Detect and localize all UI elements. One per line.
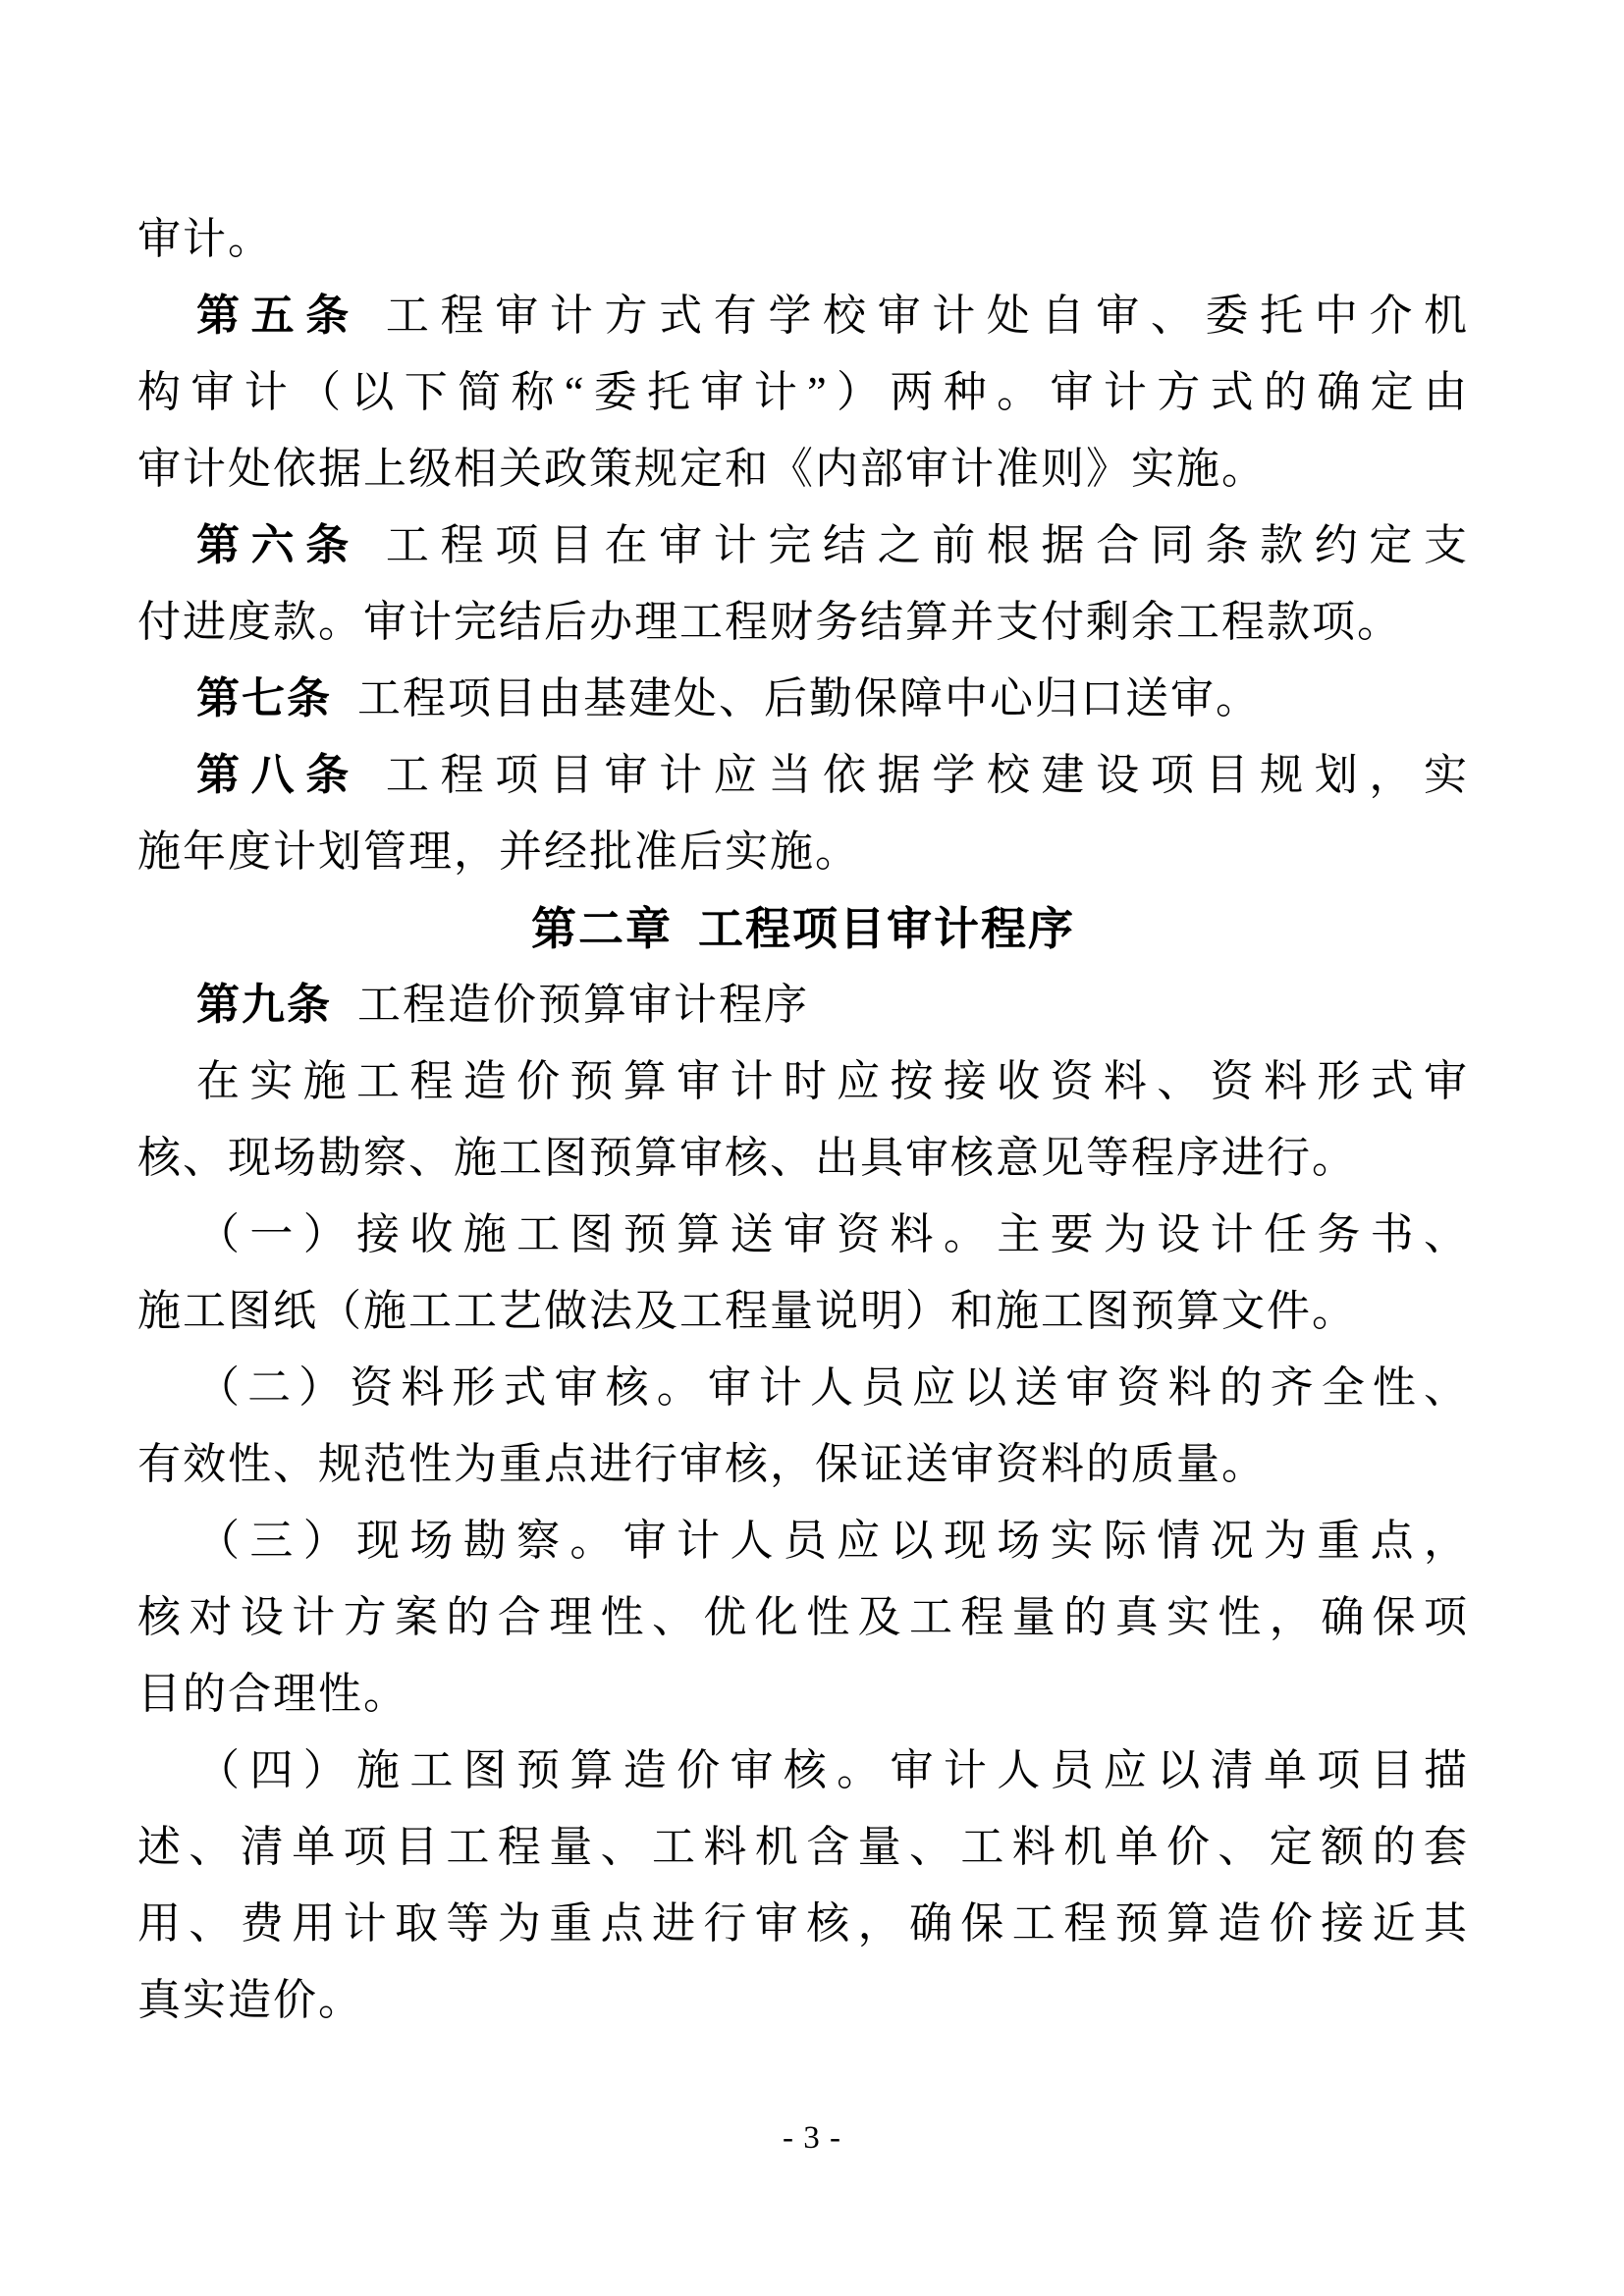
line-text: 工程项目审计应当依据学校建设项目规划，实: [386, 751, 1469, 799]
line-text: 核对设计方案的合理性、优化性及工程量的真实性，确保项: [137, 1593, 1469, 1641]
text-line: 用、费用计取等为重点进行审核，确保工程预算造价接近其: [137, 1886, 1469, 1962]
document-body: 审计。 第五条工程审计方式有学校审计处自审、委托中介机 构审计（以下简称“委托审…: [137, 201, 1469, 2039]
article-number: 第七条: [196, 674, 332, 722]
line-text: 审计。: [137, 215, 273, 263]
article-number: 第九条: [196, 981, 332, 1029]
line-text: （三）现场勘察。审计人员应以现场实际情况为重点，: [196, 1517, 1469, 1565]
chapter-title: 工程项目审计程序: [698, 903, 1075, 954]
text-line: 述、清单项目工程量、工料机含量、工料机单价、定额的套: [137, 1809, 1469, 1886]
line-text: （二）资料形式审核。审计人员应以送审资料的齐全性、: [196, 1363, 1469, 1412]
line-text: 付进度款。审计完结后办理工程财务结算并支付剩余工程款项。: [137, 598, 1402, 646]
text-line: 第九条工程造价预算审计程序: [137, 967, 1469, 1043]
line-text: 用、费用计取等为重点进行审核，确保工程预算造价接近其: [137, 1899, 1469, 1948]
line-text: 施工图纸（施工工艺做法及工程量说明）和施工图预算文件。: [137, 1287, 1357, 1335]
line-text: 真实造价。: [137, 1976, 363, 2024]
text-line: 第六条工程项目在审计完结之前根据合同条款约定支: [137, 507, 1469, 584]
text-line: 在实施工程造价预算审计时应按接收资料、资料形式审: [137, 1043, 1469, 1120]
article-number: 第八条: [196, 751, 360, 799]
line-text: 工程项目由基建处、后勤保障中心归口送审。: [357, 674, 1261, 722]
text-line: （一）接收施工图预算送审资料。主要为设计任务书、: [137, 1197, 1469, 1273]
line-text: 在实施工程造价预算审计时应按接收资料、资料形式审: [196, 1057, 1469, 1105]
text-line: 付进度款。审计完结后办理工程财务结算并支付剩余工程款项。: [137, 584, 1469, 661]
text-line: 施工图纸（施工工艺做法及工程量说明）和施工图预算文件。: [137, 1273, 1469, 1350]
line-text: 核、现场勘察、施工图预算审核、出具审核意见等程序进行。: [137, 1134, 1357, 1182]
line-text: 构审计（以下简称“委托审计”）两种。审计方式的确定由: [137, 368, 1469, 416]
page-number: - 3 -: [0, 2118, 1624, 2158]
text-line: （二）资料形式审核。审计人员应以送审资料的齐全性、: [137, 1350, 1469, 1426]
line-text: 目的合理性。: [137, 1670, 408, 1718]
chapter-number: 第二章: [531, 903, 673, 954]
text-line: 第五条工程审计方式有学校审计处自审、委托中介机: [137, 278, 1469, 354]
text-line: 审计处依据上级相关政策规定和《内部审计准则》实施。: [137, 431, 1469, 507]
text-line: 核对设计方案的合理性、优化性及工程量的真实性，确保项: [137, 1579, 1469, 1656]
line-text: 施年度计划管理，并经批准后实施。: [137, 828, 860, 876]
text-line: 第七条工程项目由基建处、后勤保障中心归口送审。: [137, 661, 1469, 737]
text-line: 有效性、规范性为重点进行审核，保证送审资料的质量。: [137, 1426, 1469, 1503]
text-line: 真实造价。: [137, 1962, 1469, 2039]
line-text: 有效性、规范性为重点进行审核，保证送审资料的质量。: [137, 1440, 1267, 1488]
line-text: 述、清单项目工程量、工料机含量、工料机单价、定额的套: [137, 1823, 1469, 1871]
text-line: 施年度计划管理，并经批准后实施。: [137, 814, 1469, 890]
text-line: 第八条工程项目审计应当依据学校建设项目规划，实: [137, 737, 1469, 814]
text-line: 构审计（以下简称“委托审计”）两种。审计方式的确定由: [137, 354, 1469, 431]
line-text: 工程审计方式有学校审计处自审、委托中介机: [386, 292, 1469, 340]
text-line: （三）现场勘察。审计人员应以现场实际情况为重点，: [137, 1503, 1469, 1579]
line-text: 工程项目在审计完结之前根据合同条款约定支: [386, 521, 1469, 569]
line-text: （一）接收施工图预算送审资料。主要为设计任务书、: [196, 1210, 1469, 1258]
line-text: （四）施工图预算造价审核。审计人员应以清单项目描: [196, 1746, 1469, 1794]
text-line: 审计。: [137, 201, 1469, 278]
article-number: 第五条: [196, 292, 360, 340]
text-line: （四）施工图预算造价审核。审计人员应以清单项目描: [137, 1733, 1469, 1809]
text-line: 目的合理性。: [137, 1656, 1469, 1733]
document-page: 审计。 第五条工程审计方式有学校审计处自审、委托中介机 构审计（以下简称“委托审…: [0, 0, 1624, 2296]
line-text: 工程造价预算审计程序: [357, 981, 809, 1029]
text-line: 核、现场勘察、施工图预算审核、出具审核意见等程序进行。: [137, 1120, 1469, 1197]
line-text: 审计处依据上级相关政策规定和《内部审计准则》实施。: [137, 445, 1267, 493]
article-number: 第六条: [196, 521, 360, 569]
chapter-heading: 第二章工程项目审计程序: [137, 890, 1469, 967]
